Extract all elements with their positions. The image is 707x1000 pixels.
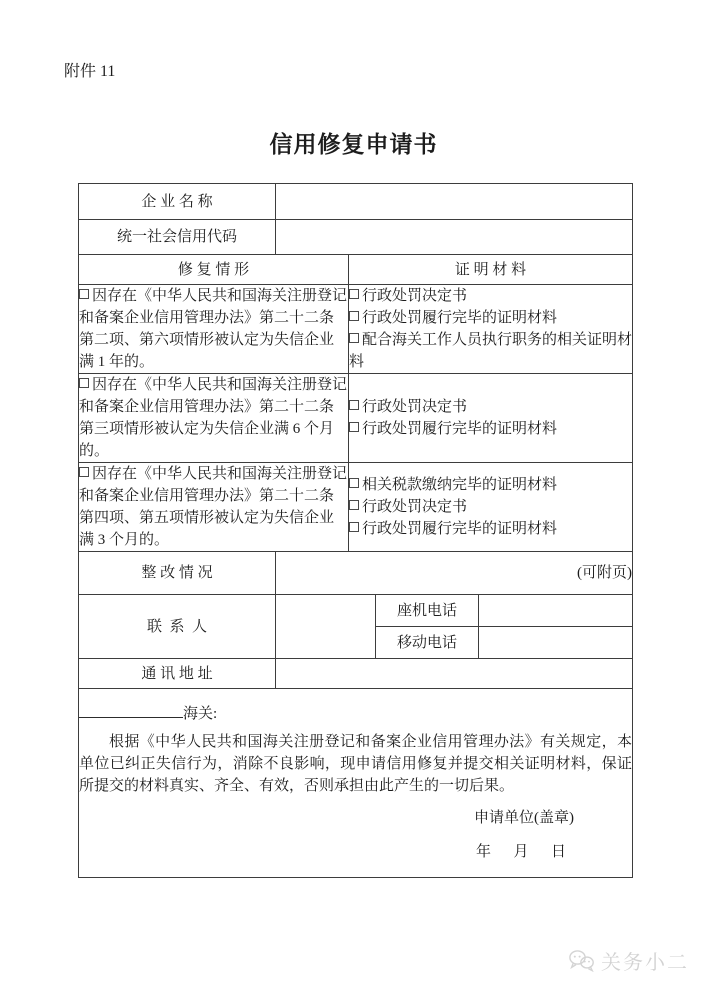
checkbox-icon[interactable] [349,311,359,321]
materials-cell-3: 相关税款缴纳完毕的证明材料 行政处罚决定书 行政处罚履行完毕的证明材料 [349,463,633,552]
address-field[interactable] [276,659,633,689]
materials-cell-2: 行政处罚决定书 行政处罚履行完毕的证明材料 [349,374,633,463]
mobile-label: 移动电话 [376,627,479,659]
situation-header: 修 复 情 形 [79,255,349,285]
contact-field[interactable] [276,595,376,659]
situation-text: 因存在《中华人民共和国海关注册登记和备案企业信用管理办法》第二十二条第三项情形被… [79,377,347,459]
material-item: 行政处罚履行完毕的证明材料 [349,418,632,440]
checkbox-icon[interactable] [349,400,359,410]
watermark: 关务小二 [568,946,689,975]
material-text: 行政处罚决定书 [362,399,467,415]
attachment-label: 附件 11 [64,58,115,81]
situation-text: 因存在《中华人民共和国海关注册登记和备案企业信用管理办法》第二十二条第四项、第五… [79,466,347,548]
situation-cell-2: 因存在《中华人民共和国海关注册登记和备案企业信用管理办法》第二十二条第三项情形被… [79,374,349,463]
address-label: 通 讯 地 址 [79,659,276,689]
material-item: 行政处罚决定书 [349,285,632,307]
checkbox-icon[interactable] [349,522,359,532]
checkbox-icon[interactable] [79,467,89,477]
credit-code-row: 统一社会信用代码 [79,220,633,255]
address-row: 通 讯 地 址 [79,659,633,689]
contact-row: 联 系 人 座机电话 [79,595,633,627]
declaration-cell: 海关: 根据《中华人民共和国海关注册登记和备案企业信用管理办法》有关规定，本单位… [79,689,633,878]
material-text: 行政处罚履行完毕的证明材料 [362,521,557,537]
company-name-row: 企 业 名 称 [79,184,633,220]
checkbox-icon[interactable] [349,478,359,488]
checkbox-icon[interactable] [79,289,89,299]
application-form-table: 企 业 名 称 统一社会信用代码 修 复 情 形 证 明 材 料 因存在《中华人… [78,183,633,878]
rectification-label: 整 改 情 况 [79,552,276,595]
watermark-text: 关务小二 [601,946,689,975]
checkbox-icon[interactable] [349,422,359,432]
materials-header: 证 明 材 料 [349,255,633,285]
material-item: 行政处罚履行完毕的证明材料 [349,518,632,540]
customs-line: 海关: [79,703,632,725]
checkbox-icon[interactable] [349,289,359,299]
material-text: 配合海关工作人员执行职务的相关证明材料 [349,332,632,370]
rectification-note: (可附页) [577,565,632,581]
company-name-label: 企 业 名 称 [79,184,276,220]
situation-row-3: 因存在《中华人民共和国海关注册登记和备案企业信用管理办法》第二十二条第四项、第五… [79,463,633,552]
declaration-body: 根据《中华人民共和国海关注册登记和备案企业信用管理办法》有关规定，本单位已纠正失… [79,731,632,797]
document-page: 附件 11 信用修复申请书 企 业 名 称 统一社会信用代码 修 复 情 形 证… [0,0,707,1000]
material-item: 行政处罚决定书 [349,496,632,518]
section-header-row: 修 复 情 形 证 明 材 料 [79,255,633,285]
landline-field[interactable] [479,595,633,627]
material-item: 行政处罚决定书 [349,396,632,418]
material-text: 行政处罚决定书 [362,499,467,515]
customs-label: 海关: [183,706,217,722]
checkbox-icon[interactable] [349,500,359,510]
date-label: 年 月 日 [79,841,632,863]
page-title: 信用修复申请书 [0,126,707,159]
checkbox-icon[interactable] [349,333,359,343]
wechat-icon [568,949,595,972]
landline-label: 座机电话 [376,595,479,627]
company-name-field[interactable] [276,184,633,220]
materials-cell-1: 行政处罚决定书 行政处罚履行完毕的证明材料 配合海关工作人员执行职务的相关证明材… [349,285,633,374]
situation-row-1: 因存在《中华人民共和国海关注册登记和备案企业信用管理办法》第二十二条第二项、第六… [79,285,633,374]
credit-code-label: 统一社会信用代码 [79,220,276,255]
applicant-label: 申请单位(盖章) [79,807,632,829]
situation-text: 因存在《中华人民共和国海关注册登记和备案企业信用管理办法》第二十二条第二项、第六… [79,288,347,370]
material-text: 行政处罚履行完毕的证明材料 [362,310,557,326]
material-item: 相关税款缴纳完毕的证明材料 [349,474,632,496]
situation-row-2: 因存在《中华人民共和国海关注册登记和备案企业信用管理办法》第二十二条第三项情形被… [79,374,633,463]
customs-name-blank[interactable] [79,703,183,718]
material-text: 相关税款缴纳完毕的证明材料 [362,477,557,493]
material-item: 行政处罚履行完毕的证明材料 [349,307,632,329]
credit-code-field[interactable] [276,220,633,255]
material-item: 配合海关工作人员执行职务的相关证明材料 [349,329,632,373]
contact-label: 联 系 人 [79,595,276,659]
checkbox-icon[interactable] [79,378,89,388]
situation-cell-3: 因存在《中华人民共和国海关注册登记和备案企业信用管理办法》第二十二条第四项、第五… [79,463,349,552]
material-text: 行政处罚履行完毕的证明材料 [362,421,557,437]
mobile-field[interactable] [479,627,633,659]
declaration-row: 海关: 根据《中华人民共和国海关注册登记和备案企业信用管理办法》有关规定，本单位… [79,689,633,878]
rectification-row: 整 改 情 况 (可附页) [79,552,633,595]
material-text: 行政处罚决定书 [362,288,467,304]
situation-cell-1: 因存在《中华人民共和国海关注册登记和备案企业信用管理办法》第二十二条第二项、第六… [79,285,349,374]
rectification-field[interactable]: (可附页) [276,552,633,595]
